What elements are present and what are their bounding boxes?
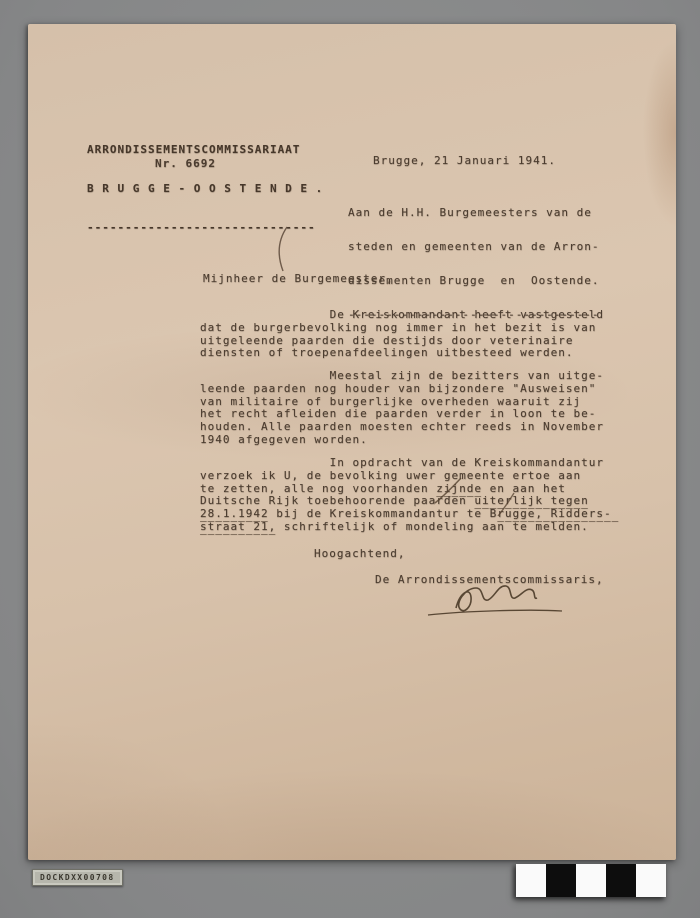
reference-number: Nr. 6692 bbox=[155, 157, 216, 170]
closing-salute: Hoogachtend, bbox=[314, 547, 405, 560]
recipient-line: steden en gemeenten van de Arron- bbox=[348, 241, 600, 252]
calibration-square bbox=[516, 864, 546, 897]
letter-page: ARRONDISSEMENTSCOMMISSARIAAT B R U G G E… bbox=[28, 24, 676, 860]
date-line: Brugge, 21 Januari 1941. bbox=[373, 154, 556, 167]
signature bbox=[420, 582, 600, 630]
typed-underline: _______________ bbox=[200, 497, 589, 510]
calibration-square bbox=[636, 864, 666, 897]
pen-parenthesis-mark bbox=[273, 224, 295, 274]
salutation: Mijnheer de Burgemeester, bbox=[203, 272, 394, 285]
paragraph-1: De Kreiskommandant heeft vastgesteld dat… bbox=[200, 309, 604, 360]
calibration-square bbox=[606, 864, 636, 897]
recipient-line: Aan de H.H. Burgemeesters van de bbox=[348, 207, 600, 218]
typed-underline: __________ bbox=[200, 523, 276, 536]
pen-check-strokes bbox=[428, 474, 528, 529]
typed-underline: _________ ________________ bbox=[200, 510, 619, 523]
calibration-square bbox=[546, 864, 576, 897]
calibration-strip bbox=[516, 864, 666, 897]
paragraph-2: Meestal zijn de bezitters van uitge- lee… bbox=[200, 370, 604, 447]
archive-label: DOCKDXX00708 bbox=[32, 869, 123, 886]
calibration-square bbox=[576, 864, 606, 897]
sender-city-line: B R U G G E - O O S T E N D E . bbox=[87, 182, 323, 195]
archive-label-text: DOCKDXX00708 bbox=[40, 873, 115, 882]
sender-org-line: ARRONDISSEMENTSCOMMISSARIAAT bbox=[87, 143, 323, 156]
